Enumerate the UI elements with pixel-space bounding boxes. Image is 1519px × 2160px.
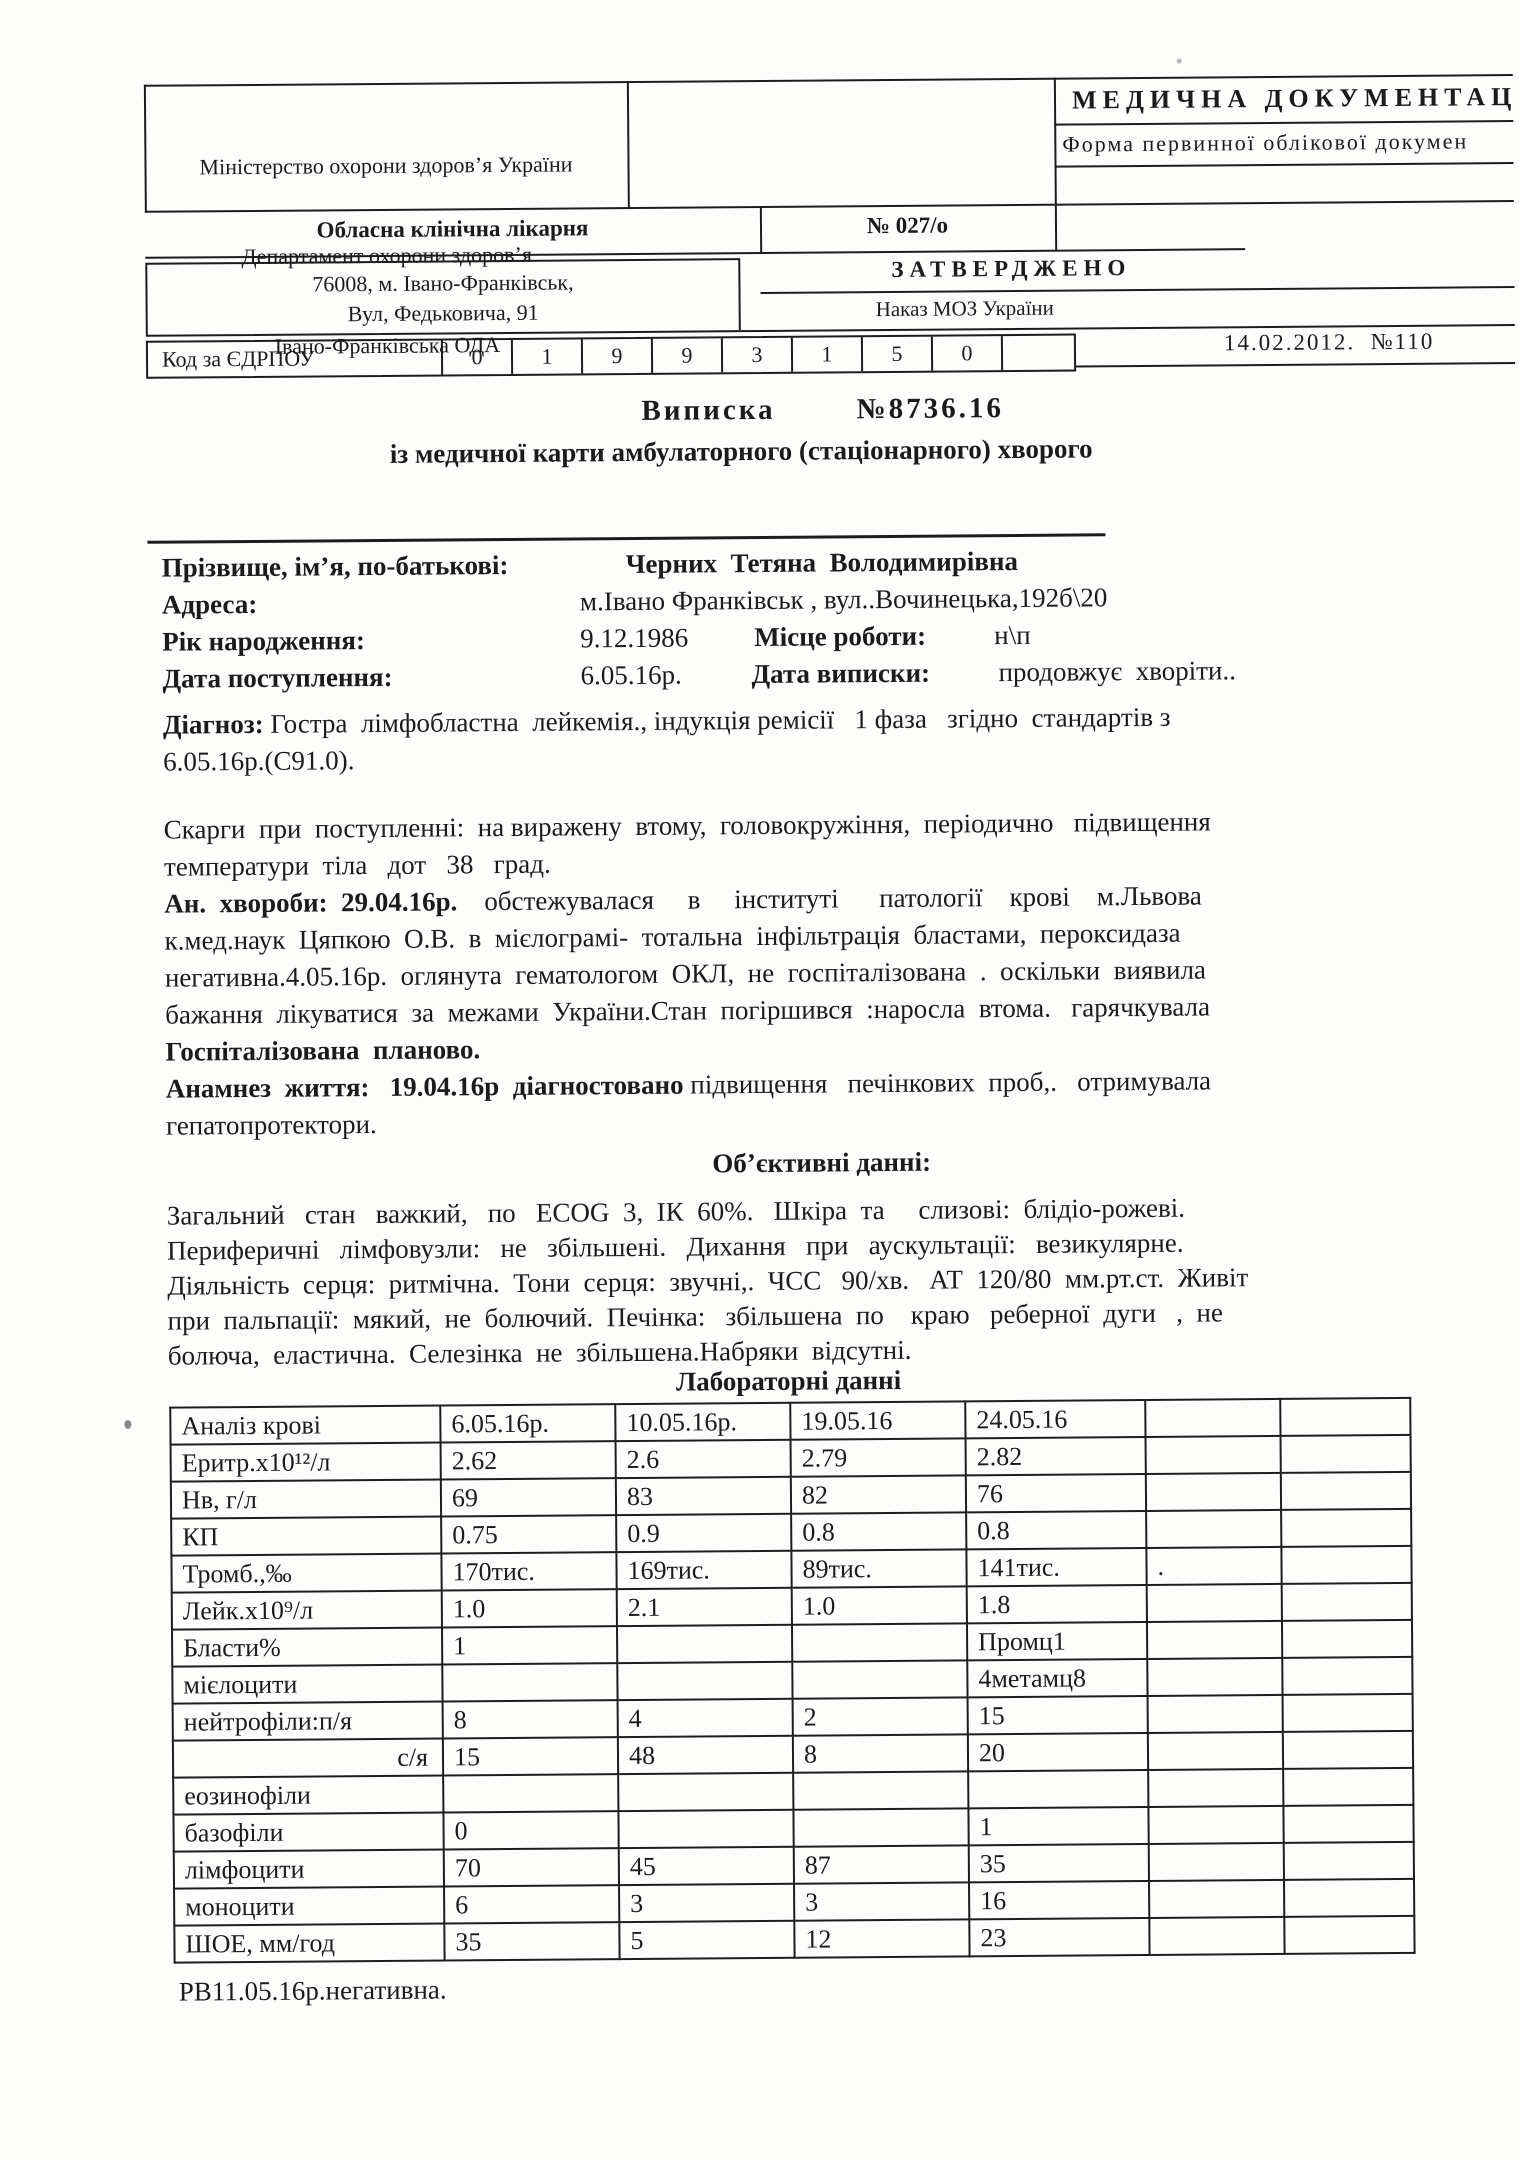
patient-birth-label: Рік народження:: [162, 625, 365, 658]
value-cell: 2.1: [617, 1588, 792, 1626]
ministry-line-1: Міністерство охорони здоров’я України: [144, 149, 627, 183]
complaints-line-1: Скарги при поступленні: на виражену втом…: [164, 806, 1211, 845]
objective-line-2: Периферичні лімфовузли: не збільшені. Ди…: [167, 1228, 1184, 1267]
value-cell: 0.8: [966, 1511, 1146, 1549]
value-cell: [1149, 1917, 1284, 1955]
order-date-under-rule: [1076, 362, 1515, 367]
patient-birth-value: 9.12.1986: [580, 623, 688, 655]
value-cell: 6.05.16р.: [440, 1404, 615, 1442]
objective-line-3: Діяльність серця: ритмічна. Тони серця: …: [167, 1262, 1248, 1301]
value-cell: [1284, 1916, 1414, 1954]
lab-section-title: Лабораторні данні: [676, 1365, 901, 1398]
patient-name-label: Прізвище, ім’я, по-батькові:: [162, 550, 509, 584]
life-anamnesis-line-2: гепатопротектори.: [166, 1109, 377, 1142]
value-cell: 48: [618, 1736, 793, 1774]
value-cell: [1281, 1546, 1411, 1584]
patient-block-top-rule: [147, 533, 1105, 544]
row-label-cell: Аналіз крові: [170, 1406, 440, 1445]
life-anamnesis-text: підвищення печінкових проб,. отримувала: [683, 1065, 1211, 1099]
value-cell: [1146, 1436, 1281, 1474]
value-cell: 16: [969, 1881, 1149, 1919]
value-cell: 8: [793, 1734, 968, 1772]
value-cell: 87: [794, 1845, 969, 1883]
row-label-cell: лімфоцити: [174, 1850, 444, 1889]
value-cell: 8: [443, 1700, 618, 1738]
value-cell: [1281, 1472, 1411, 1510]
document-body: Міністерство охорони здоров’я України Де…: [0, 0, 1519, 2160]
value-cell: 141тис.: [966, 1548, 1146, 1586]
value-cell: 0.9: [616, 1514, 791, 1552]
value-cell: [617, 1662, 792, 1700]
value-cell: [618, 1773, 793, 1811]
anamnesis-label: Ан. хвороби: 29.04.16р.: [164, 886, 457, 918]
rv-test-note: РВ11.05.16р.негативна.: [179, 1974, 447, 2007]
value-cell: [617, 1625, 792, 1663]
value-cell: 0.8: [791, 1512, 966, 1550]
value-cell: 1.0: [792, 1586, 967, 1624]
order-date: 14.02.2012. №110: [1224, 329, 1435, 357]
row-label-cell: ШОЕ, мм/год: [174, 1924, 444, 1963]
edrpou-digit: 3: [723, 338, 793, 373]
value-cell: 5: [619, 1921, 794, 1959]
value-cell: 0.75: [441, 1515, 616, 1553]
value-cell: [1283, 1731, 1413, 1769]
document-title: Виписка №8736.16: [641, 392, 1004, 428]
value-cell: 83: [616, 1477, 791, 1515]
edrpou-digit: 5: [863, 337, 933, 372]
value-cell: 24.05.16: [965, 1400, 1145, 1438]
value-cell: [1281, 1435, 1411, 1473]
value-cell: [618, 1810, 793, 1848]
value-cell: 10.05.16р.: [615, 1403, 790, 1441]
anamnesis-line-3: негативна.4.05.16р. оглянута гематологом…: [165, 954, 1206, 993]
edrpou-digit: 1: [793, 337, 863, 372]
patient-work-value: н\п: [994, 620, 1031, 651]
value-cell: [1148, 1732, 1283, 1770]
value-cell: 1.8: [967, 1585, 1147, 1623]
anamnesis-line-2: к.мед.наук Цяпкою О.В. в мієлограмі- тот…: [164, 918, 1180, 957]
hospitalized-note: Госпіталізована планово.: [165, 1034, 480, 1067]
value-cell: [1282, 1620, 1412, 1658]
value-cell: [1282, 1583, 1412, 1621]
row-label-cell: Бласти%: [172, 1628, 442, 1667]
objective-line-1: Загальний стан важкий, по ECOG 3, ІК 60%…: [167, 1193, 1185, 1232]
value-cell: [1148, 1695, 1283, 1733]
row-label-cell: Нв, г/л: [171, 1480, 441, 1519]
patient-address-value: м.Івано Франківськ , вул..Вочинецька,192…: [580, 582, 1108, 617]
value-cell: 20: [968, 1733, 1148, 1771]
row-label-cell: мієлоцити: [172, 1665, 442, 1704]
value-cell: [1145, 1399, 1280, 1437]
admission-date-label: Дата поступлення:: [162, 662, 392, 695]
value-cell: 3: [794, 1882, 969, 1920]
value-cell: 76: [966, 1474, 1146, 1512]
value-cell: 70: [444, 1848, 619, 1886]
value-cell: 35: [444, 1922, 619, 1960]
row-label-cell: еозинофіли: [173, 1776, 443, 1815]
value-cell: 15: [968, 1696, 1148, 1734]
approved-stamp: ЗАТВЕРДЖЕНО: [891, 255, 1131, 283]
value-cell: [1148, 1806, 1283, 1844]
row-label-cell: Лейк.х10⁹/л: [172, 1591, 442, 1630]
value-cell: [793, 1808, 968, 1846]
patient-work-label: Місце роботи:: [754, 621, 926, 653]
edrpou-digit: 1: [513, 339, 583, 374]
value-cell: 82: [791, 1475, 966, 1513]
value-cell: 23: [969, 1918, 1149, 1956]
row-label-cell: нейтрофіли:п/я: [173, 1702, 443, 1741]
hospital-address-box: 76008, м. Івано-Франківськ, Вул, Федьков…: [145, 258, 741, 337]
diagnosis-label: Діагноз:: [163, 709, 264, 740]
value-cell: 2.6: [616, 1440, 791, 1478]
diagnosis-line-1: Діагноз: Гостра лімфобластна лейкемія., …: [163, 702, 1171, 741]
approved-under-rule: [761, 286, 1515, 294]
discharge-date-value: продовжує хворіти..: [998, 655, 1236, 688]
value-cell: [1146, 1510, 1281, 1548]
value-cell: 1: [968, 1807, 1148, 1845]
value-cell: 170тис.: [441, 1552, 616, 1590]
value-cell: [442, 1663, 617, 1701]
lab-results-table: Аналіз крові6.05.16р.10.05.16р.19.05.162…: [169, 1397, 1415, 1964]
value-cell: [968, 1770, 1148, 1808]
value-cell: [1283, 1768, 1413, 1806]
hospital-address-line-1: 76008, м. Івано-Франківськ,: [147, 266, 738, 301]
value-cell: 1.0: [442, 1589, 617, 1627]
edrpou-label: Код за ЄДРПОУ: [148, 340, 443, 376]
value-cell: 169тис.: [616, 1551, 791, 1589]
row-label-cell: Еритр.х10¹²/л: [171, 1443, 441, 1482]
value-cell: 19.05.16: [790, 1401, 965, 1439]
value-cell: [1147, 1621, 1282, 1659]
edrpou-digit: 0: [933, 336, 1003, 371]
meddoc-under-rule: [1054, 120, 1513, 126]
diagnosis-line-2: 6.05.16р.(С91.0).: [163, 745, 354, 778]
value-cell: [792, 1623, 967, 1661]
edrpou-row: Код за ЄДРПОУ 0 1 9 9 3 1 5 0: [146, 333, 1076, 378]
value-cell: [1147, 1658, 1282, 1696]
discharge-date-label: Дата виписки:: [751, 658, 930, 690]
row-label-cell: моноцити: [174, 1887, 444, 1926]
value-cell: 2.79: [791, 1438, 966, 1476]
edrpou-digit: 9: [653, 338, 723, 373]
scanned-document-page: Міністерство охорони здоров’я України Де…: [0, 0, 1519, 2160]
value-cell: 3: [619, 1884, 794, 1922]
value-cell: 4: [618, 1699, 793, 1737]
row-label-cell: КП: [171, 1517, 441, 1556]
row-label-cell: с/я: [173, 1739, 443, 1778]
value-cell: 2.62: [441, 1441, 616, 1479]
value-cell: 69: [441, 1478, 616, 1516]
value-cell: 45: [619, 1847, 794, 1885]
value-cell: 4метамц8: [967, 1659, 1147, 1697]
edrpou-empty-cell: [1003, 336, 1074, 371]
value-cell: [793, 1771, 968, 1809]
order-label: Наказ МОЗ України: [876, 296, 1054, 322]
value-cell: [1146, 1473, 1281, 1511]
objective-section-title: Об’єктивні данні:: [712, 1147, 931, 1180]
form-number: № 027/о: [760, 212, 1055, 240]
diagnosis-text: Гостра лімфобластна лейкемія., індукція …: [264, 702, 1171, 739]
value-cell: [1283, 1805, 1413, 1843]
value-cell: [1148, 1769, 1283, 1807]
value-cell: 2: [793, 1697, 968, 1735]
value-cell: [1147, 1584, 1282, 1622]
anamnesis-line-1: Ан. хвороби: 29.04.16р. обстежувалася в …: [164, 881, 1202, 920]
value-cell: .: [1146, 1547, 1281, 1585]
form-caption-under-rule: [1055, 162, 1514, 168]
value-cell: 6: [444, 1885, 619, 1923]
complaints-line-2: температури тіла дот 38 град.: [164, 849, 551, 883]
scan-speck: [124, 1420, 131, 1429]
value-cell: [1149, 1880, 1284, 1918]
value-cell: [792, 1660, 967, 1698]
form-caption: Форма первинної облікової докумен: [1062, 128, 1468, 157]
value-cell: [1280, 1398, 1410, 1436]
value-cell: [1283, 1694, 1413, 1732]
edrpou-digit: 0: [443, 340, 513, 375]
value-cell: [443, 1774, 618, 1812]
value-cell: 2.82: [966, 1437, 1146, 1475]
hospital-name: Обласна клінічна лікарня: [145, 214, 760, 245]
medical-documentation-title: МЕДИЧНА ДОКУМЕНТАЦ: [1072, 82, 1517, 115]
value-cell: [1282, 1657, 1412, 1695]
value-cell: 89тис.: [791, 1549, 966, 1587]
life-anamnesis-line-1: Анамнез життя: 19.04.16р діагностовано п…: [166, 1065, 1212, 1104]
objective-line-4: при пальпації: мякий, не болючий. Печінк…: [167, 1297, 1223, 1336]
edrpou-digit: 9: [583, 339, 653, 374]
patient-address-label: Адреса:: [162, 589, 258, 621]
value-cell: [1149, 1843, 1284, 1881]
row-label-cell: Тромб.,‰: [171, 1554, 441, 1593]
value-cell: Промц1: [967, 1622, 1147, 1660]
value-cell: 1: [442, 1626, 617, 1664]
life-anamnesis-label: Анамнез життя: 19.04.16р діагностовано: [166, 1070, 684, 1104]
admission-date-value: 6.05.16р.: [580, 660, 681, 692]
value-cell: 35: [969, 1844, 1149, 1882]
row-label-cell: базофіли: [173, 1813, 443, 1852]
value-cell: [1284, 1842, 1414, 1880]
value-cell: 12: [794, 1919, 969, 1957]
anamnesis-line-4: бажання лікуватися за межами України.Ста…: [165, 991, 1210, 1030]
document-subtitle: із медичної карти амбулаторного (стаціон…: [390, 433, 1093, 470]
patient-name-value: Черних Тетяна Володимирівна: [626, 546, 1019, 580]
anamnesis-text: обстежувалася в інституті патології кров…: [457, 881, 1202, 917]
value-cell: 0: [443, 1811, 618, 1849]
value-cell: [1281, 1509, 1411, 1547]
value-cell: 15: [443, 1737, 618, 1775]
hospital-address-line-2: Вул, Федьковича, 91: [148, 296, 739, 331]
value-cell: [1284, 1879, 1414, 1917]
scan-speck: [1177, 59, 1182, 64]
